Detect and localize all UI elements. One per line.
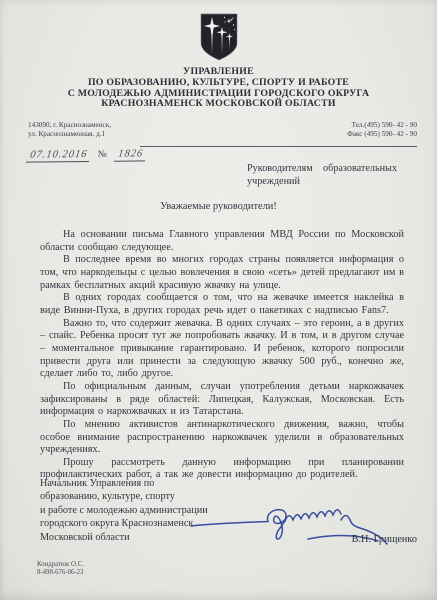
executor-name: Кондратюк О.С. bbox=[37, 561, 84, 569]
body-paragraph: В последнее время во многих городах стра… bbox=[40, 254, 404, 292]
sender-address-line1: 143090, г. Краснознаменск, bbox=[28, 121, 111, 130]
executor-info: Кондратюк О.С. 8-498-676-06-23 bbox=[37, 561, 84, 578]
recipient-line2: учреждений bbox=[247, 176, 397, 189]
letterhead-divider bbox=[140, 146, 417, 147]
sender-fax: Факс (495) 590- 42 - 90 bbox=[347, 130, 417, 139]
sender-address-line2: ул. Краснознаменная, д.1 bbox=[28, 130, 111, 139]
recipient-line1: Руководителям образовательных bbox=[247, 163, 397, 176]
letter-body: На основании письма Главного управления … bbox=[40, 229, 404, 482]
org-name-line: ПО ОБРАЗОВАНИЮ, КУЛЬТУРЕ, СПОРТУ И РАБОТ… bbox=[0, 78, 437, 89]
body-paragraph: В одних городах сообщается о том, что на… bbox=[40, 292, 404, 317]
body-paragraph: Важно то, что содержит жевачка. В одних … bbox=[40, 318, 404, 381]
org-name: УПРАВЛЕНИЕ ПО ОБРАЗОВАНИЮ, КУЛЬТУРЕ, СПО… bbox=[0, 67, 437, 110]
body-paragraph: По официальным данным, случаи употреблен… bbox=[40, 381, 404, 419]
ref-number-sign: № bbox=[98, 150, 107, 160]
org-name-line: КРАСНОЗНАМЕНСК МОСКОВСКОЙ ОБЛАСТИ bbox=[0, 99, 437, 110]
ref-date: 07.10.2016 bbox=[26, 149, 91, 163]
salutation: Уважаемые руководители! bbox=[0, 201, 437, 212]
sender-contacts: Тел.(495) 590- 42 - 90 Факс (495) 590- 4… bbox=[347, 121, 417, 139]
sender-address: 143090, г. Краснознаменск, ул. Краснозна… bbox=[28, 121, 111, 139]
recipient: Руководителям образовательных учреждений bbox=[247, 163, 397, 189]
executor-phone: 8-498-676-06-23 bbox=[37, 569, 84, 577]
sender-phone: Тел.(495) 590- 42 - 90 bbox=[347, 121, 417, 130]
body-paragraph: По мнению активистов антинаркотического … bbox=[40, 419, 404, 457]
scanned-letter-page: УПРАВЛЕНИЕ ПО ОБРАЗОВАНИЮ, КУЛЬТУРЕ, СПО… bbox=[0, 0, 437, 600]
signature-position-line: Начальник Управления по bbox=[40, 477, 420, 490]
signatory-name: В.Н. Грищенко bbox=[352, 533, 417, 546]
coat-of-arms-icon bbox=[200, 13, 238, 61]
body-paragraph: На основании письма Главного управления … bbox=[40, 229, 404, 254]
signature-block: Начальник Управления по образованию, кул… bbox=[40, 477, 420, 557]
reference-line: 07.10.2016 № 1826 bbox=[27, 148, 146, 162]
ref-number: 1826 bbox=[113, 148, 146, 161]
